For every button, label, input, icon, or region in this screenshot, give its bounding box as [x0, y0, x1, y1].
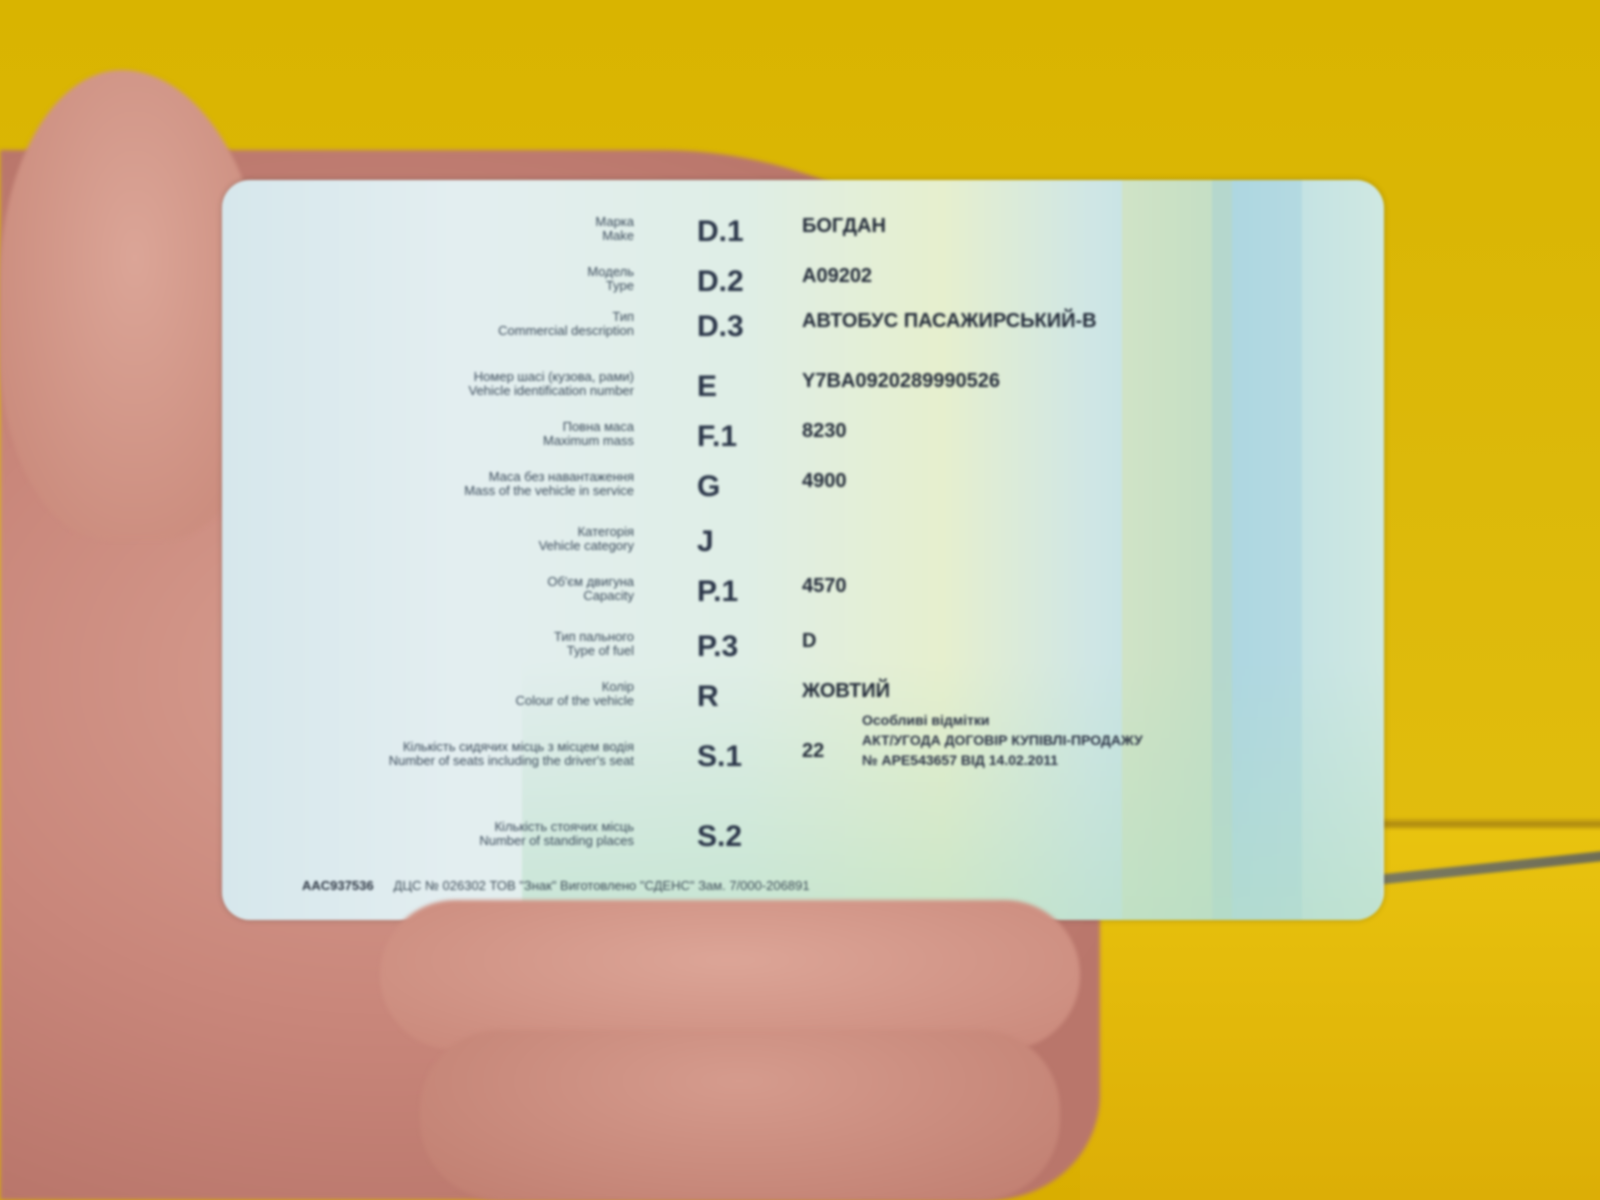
finger-lower	[420, 1030, 1060, 1200]
notes-line1: АКТ/УГОДА ДОГОВІР КУПІВЛІ-ПРОДАЖУ	[862, 730, 1143, 750]
field-label: КатегоріяVehicle category	[539, 525, 634, 553]
finger	[380, 900, 1080, 1050]
field-code: E	[697, 370, 717, 404]
field-value: БОГДАН	[802, 215, 886, 238]
field-value: 8230	[802, 420, 847, 443]
field-value: ЖОВТИЙ	[802, 680, 890, 703]
field-label: ТипCommercial description	[498, 310, 634, 338]
field-label: Номер шасі (кузова, рами)Vehicle identif…	[469, 370, 635, 398]
field-value: D	[802, 630, 816, 653]
card-footer: AAC937536ДЦС № 026302 ТОВ "Знак" Виготов…	[302, 878, 810, 893]
notes-line2: № АРЕ543657 ВІД 14.02.2011	[862, 750, 1143, 770]
card-fields: МаркаMake D.1 БОГДАНМодельType D.2 A0920…	[222, 180, 1384, 920]
field-value: АВТОБУС ПАСАЖИРСЬКИЙ-В	[802, 310, 1097, 333]
field-code: S.1	[697, 740, 742, 774]
notes-title: Особливі відмітки	[862, 710, 1143, 730]
field-code: P.3	[697, 630, 738, 664]
special-notes: Особливі відмітки АКТ/УГОДА ДОГОВІР КУПІ…	[862, 710, 1143, 770]
field-code: D.3	[697, 310, 744, 344]
field-code: D.2	[697, 265, 744, 299]
bus-trim	[1380, 820, 1600, 828]
field-value: Y7BA0920289990526	[802, 370, 1000, 393]
field-label: Тип пальногоType of fuel	[554, 630, 634, 658]
printer-info: ДЦС № 026302 ТОВ "Знак" Виготовлено "СДЕ…	[394, 878, 810, 893]
field-label: МодельType	[587, 265, 634, 293]
field-code: R	[697, 680, 719, 714]
field-label: МаркаMake	[595, 215, 634, 243]
field-value: 22	[802, 740, 824, 763]
registration-card: МаркаMake D.1 БОГДАНМодельType D.2 A0920…	[222, 180, 1384, 920]
field-label: Повна масаMaximum mass	[543, 420, 634, 448]
field-code: P.1	[697, 575, 738, 609]
field-label: КолірColour of the vehicle	[515, 680, 634, 708]
field-value: 4900	[802, 470, 847, 493]
field-code: F.1	[697, 420, 737, 454]
field-value: A09202	[802, 265, 872, 288]
field-code: J	[697, 525, 714, 559]
field-code: D.1	[697, 215, 744, 249]
field-label: Кількість стоячих місцьNumber of standin…	[479, 820, 634, 848]
field-label: Об'єм двигунаCapacity	[547, 575, 634, 603]
field-label: Маса без навантаженняMass of the vehicle…	[464, 470, 634, 498]
field-code: G	[697, 470, 720, 504]
card-serial: AAC937536	[302, 878, 374, 893]
field-code: S.2	[697, 820, 742, 854]
field-value: 4570	[802, 575, 847, 598]
field-label: Кількість сидячих місць з місцем водіяNu…	[389, 740, 634, 768]
